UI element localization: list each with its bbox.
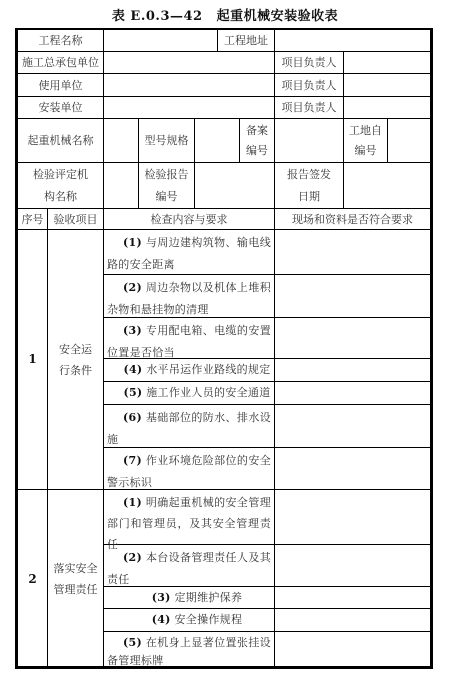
- general-contractor-label: 施工总承包单位: [18, 52, 104, 74]
- section-1-check-5: (5) 施工作业人员的安全通道: [104, 382, 275, 405]
- model-spec-label: 型号规格: [139, 119, 195, 163]
- section-1-result-1[interactable]: [275, 230, 430, 275]
- contractor-manager-field[interactable]: [344, 52, 430, 74]
- user-unit-field[interactable]: [104, 74, 275, 97]
- section-1-result-5[interactable]: [275, 382, 430, 405]
- section-2-check-2: (2) 本台设备管理责任人及其责任: [104, 545, 275, 587]
- col-header-item: 验收项目: [48, 209, 104, 230]
- site-no-label: 工地自编号: [344, 119, 388, 163]
- inspection-report-no-label: 检验报告编号: [139, 163, 195, 209]
- user-manager-field[interactable]: [344, 74, 430, 97]
- section-2-check-5: (5) 在机身上显著位置张挂设备管理标牌: [104, 632, 275, 668]
- inspection-report-no-field[interactable]: [195, 163, 275, 209]
- install-manager-label: 项目负责人: [275, 97, 344, 119]
- section-2-result-4[interactable]: [275, 609, 430, 632]
- project-address-field[interactable]: [275, 30, 430, 52]
- section-2-result-1[interactable]: [275, 490, 430, 545]
- record-no-field[interactable]: [275, 119, 344, 163]
- site-no-field[interactable]: [388, 119, 430, 163]
- report-date-label: 报告签发日期: [275, 163, 344, 209]
- model-spec-field[interactable]: [195, 119, 240, 163]
- section-1-check-4: (4) 水平吊运作业路线的规定: [104, 359, 275, 382]
- table-name: 起重机械安装验收表: [217, 9, 339, 24]
- col-header-seq: 序号: [18, 209, 48, 230]
- section-2-item: 落实安全管理责任: [48, 490, 104, 668]
- section-2-check-1: (1) 明确起重机械的安全管理部门和管理员，及其安全管理责任: [104, 490, 275, 545]
- install-unit-label: 安装单位: [18, 97, 104, 119]
- table-code: 表 E.0.3—42: [112, 9, 203, 24]
- section-2-seq: 2: [18, 490, 48, 668]
- col-header-content: 检查内容与要求: [104, 209, 275, 230]
- section-1-item: 安全运行条件: [48, 230, 104, 490]
- inspection-agency-label: 检验评定机构名称: [18, 163, 104, 209]
- section-1-result-3[interactable]: [275, 318, 430, 359]
- user-unit-label: 使用单位: [18, 74, 104, 97]
- section-2-result-3[interactable]: [275, 587, 430, 609]
- contractor-manager-label: 项目负责人: [275, 52, 344, 74]
- project-name-label: 工程名称: [18, 30, 104, 52]
- section-1-result-6[interactable]: [275, 405, 430, 448]
- section-2-check-3: (3) 定期维护保养: [104, 587, 275, 609]
- section-1-check-7: (7) 作业环境危险部位的安全警示标识: [104, 448, 275, 490]
- project-name-field[interactable]: [104, 30, 218, 52]
- record-no-label: 备案编号: [240, 119, 275, 163]
- machine-name-label: 起重机械名称: [18, 119, 104, 163]
- col-header-result: 现场和资料是否符合要求: [275, 209, 430, 230]
- section-1-result-7[interactable]: [275, 448, 430, 490]
- project-address-label: 工程地址: [218, 30, 275, 52]
- install-unit-field[interactable]: [104, 97, 275, 119]
- inspection-agency-field[interactable]: [104, 163, 139, 209]
- table-title: 表 E.0.3—42起重机械安装验收表: [0, 5, 450, 24]
- section-2-result-2[interactable]: [275, 545, 430, 587]
- report-date-field[interactable]: [344, 163, 430, 209]
- user-manager-label: 项目负责人: [275, 74, 344, 97]
- acceptance-form-table: 工程名称 工程地址 施工总承包单位 项目负责人 使用单位 项目负责人 安装单位 …: [15, 28, 433, 669]
- section-1-seq: 1: [18, 230, 48, 490]
- section-1-result-2[interactable]: [275, 275, 430, 318]
- section-1-check-3: (3) 专用配电箱、电缆的安置位置是否恰当: [104, 318, 275, 359]
- section-2-check-4: (4) 安全操作规程: [104, 609, 275, 632]
- section-1-check-2: (2) 周边杂物以及机体上堆积杂物和悬挂物的清理: [104, 275, 275, 318]
- section-1-check-1: (1) 与周边建构筑物、输电线路的安全距离: [104, 230, 275, 275]
- install-manager-field[interactable]: [344, 97, 430, 119]
- section-2-result-5[interactable]: [275, 632, 430, 668]
- machine-name-field[interactable]: [104, 119, 139, 163]
- general-contractor-field[interactable]: [104, 52, 275, 74]
- section-1-result-4[interactable]: [275, 359, 430, 382]
- section-1-check-6: (6) 基础部位的防水、排水设施: [104, 405, 275, 448]
